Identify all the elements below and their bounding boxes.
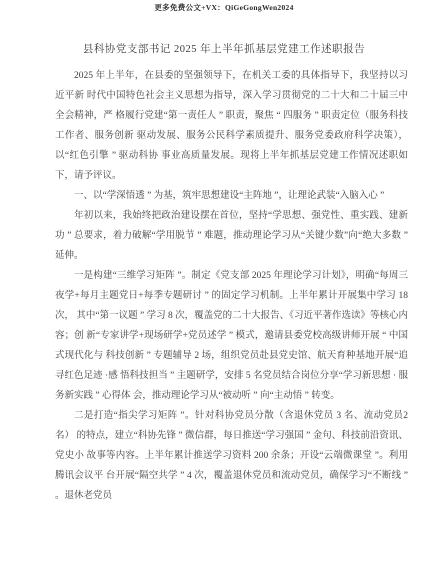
document-title: 县科协党支部书记 2025 年上半年抓基层党建工作述职报告 (30, 41, 418, 56)
paragraph-intro: 2025 年上半年，在县委的坚强领导下，在机关工委的具体指导下，我坚持以习近平新… (55, 66, 408, 186)
section-heading-1: 一、以“学深悟透 ” 为基，筑牢思想建设“主阵地 ”，让理论武装“入脑入心 ” (55, 186, 408, 206)
document-page: 更多免费公文+VX：QiGeGongWen2024 县科协党支部书记 2025 … (0, 0, 448, 580)
paragraph-fingertip-learning-matrix: 二是打造“指尖学习矩阵 ”。针对科协党员分散（含退休党员 3 名、流动党员2 名… (55, 406, 408, 506)
watermark-header: 更多免费公文+VX：QiGeGongWen2024 (0, 0, 448, 13)
paragraph-political-building: 年初以来，我始终把政治建设摆在首位，坚持“学思想、强党性、重实践、建新功 ” 总… (55, 206, 408, 266)
document-body: 2025 年上半年，在县委的坚强领导下，在机关工委的具体指导下，我坚持以习近平新… (55, 66, 408, 506)
paragraph-three-dimension-learning-matrix: 一是构建“三维学习矩阵 ”。制定《党支部 2025 年理论学习计划》，明确“每周… (55, 266, 408, 406)
